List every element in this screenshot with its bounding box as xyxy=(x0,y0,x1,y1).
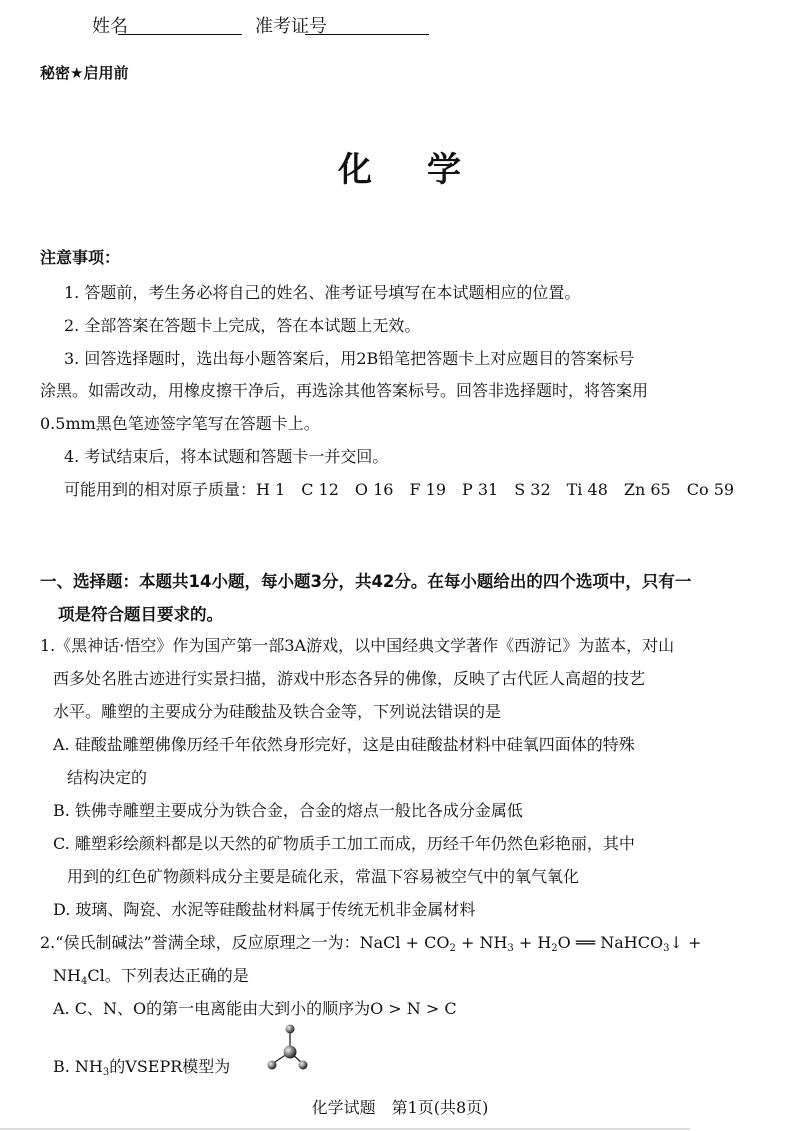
page-footer: 化学试题 第1页(共8页) xyxy=(0,1095,800,1118)
q1-option-c-cont: 用到的红色矿物颜料成分主要是硫化汞，常温下容易被空气中的氧气氧化 xyxy=(67,864,579,887)
q1-option-d: D. 玻璃、陶瓷、水泥等硅酸盐材料属于传统无机非金属材料 xyxy=(53,897,475,920)
notice-heading: 注意事项： xyxy=(40,245,120,268)
confidential-label: 秘密★启用前 xyxy=(40,62,128,83)
q2-stem-line-2: NH4Cl。下列表达正确的是 xyxy=(53,963,249,987)
q1-stem-line-3: 水平。雕塑的主要成分为硅酸盐及铁合金等，下列说法错误的是 xyxy=(53,699,501,722)
vsepr-molecule-icon xyxy=(264,1022,310,1072)
q2-stem-prefix: 2.“侯氏制碱法”誉满全球，反应原理之一为： xyxy=(40,933,360,952)
notice-item-1: 1. 答题前，考生务必将自己的姓名、准考证号填写在本试题相应的位置。 xyxy=(64,280,580,303)
notice-item-3-cont2: 0.5mm黑色笔迹签字笔写在答题卡上。 xyxy=(40,411,320,434)
section-heading-line-2: 项是符合题目要求的。 xyxy=(58,601,223,625)
q2-option-b: B. NH3的VSEPR模型为 xyxy=(53,1054,230,1078)
section-heading-line-1: 一、选择题：本题共14小题，每小题3分，共42分。在每小题给出的四个选项中，只有… xyxy=(40,568,691,592)
q1-option-a-cont: 结构决定的 xyxy=(67,765,147,788)
title-char-2: 学 xyxy=(427,142,461,191)
exam-id-blank xyxy=(305,34,429,35)
title-char-1: 化 xyxy=(338,142,372,191)
bottom-rule xyxy=(0,1128,690,1130)
atomic-mass-line: 可能用到的相对原子质量：H 1 C 12 O 16 F 19 P 31 S 32… xyxy=(64,477,734,500)
precipitate-arrow-icon: ↓ xyxy=(669,933,682,952)
q1-option-a: A. 硅酸盐雕塑佛像历经千年依然身形完好，这是由硅酸盐材料中硅氧四面体的特殊 xyxy=(53,732,635,755)
q1-option-b: B. 铁佛寺雕塑主要成分为铁合金，合金的熔点一般比各成分金属低 xyxy=(53,798,523,821)
q1-stem-line-1: 1.《黑神话·悟空》作为国产第一部3A游戏，以中国经典文学著作《西游记》为蓝本，… xyxy=(40,633,674,656)
q1-stem-line-2: 西多处名胜古迹进行实景扫描，游戏中形态各异的佛像，反映了古代匠人高超的技艺 xyxy=(53,666,645,689)
q2-option-a: A. C、N、O的第一电离能由大到小的顺序为O > N > C xyxy=(53,996,457,1019)
notice-item-4: 4. 考试结束后，将本试题和答题卡一并交回。 xyxy=(64,444,388,467)
notice-item-3-cont: 涂黑。如需改动，用橡皮擦干净后，再选涂其他答案标号。回答非选择题时，将答案用 xyxy=(40,378,648,401)
notice-item-3: 3. 回答选择题时，选出每小题答案后，用2B铅笔把答题卡上对应题目的答案标号 xyxy=(64,346,634,369)
equation: NaCl + CO2 + NH3 + H2O ══ NaHCO3↓ + xyxy=(360,933,702,952)
q1-option-c: C. 雕塑彩绘颜料都是以天然的矿物质手工加工而成，历经千年仍然色彩艳丽，其中 xyxy=(53,831,635,854)
notice-item-2: 2. 全部答案在答题卡上完成，答在本试题上无效。 xyxy=(64,313,420,336)
name-blank xyxy=(118,34,242,35)
q2-stem-line-1: 2.“侯氏制碱法”誉满全球，反应原理之一为：NaCl + CO2 + NH3 +… xyxy=(40,930,701,954)
